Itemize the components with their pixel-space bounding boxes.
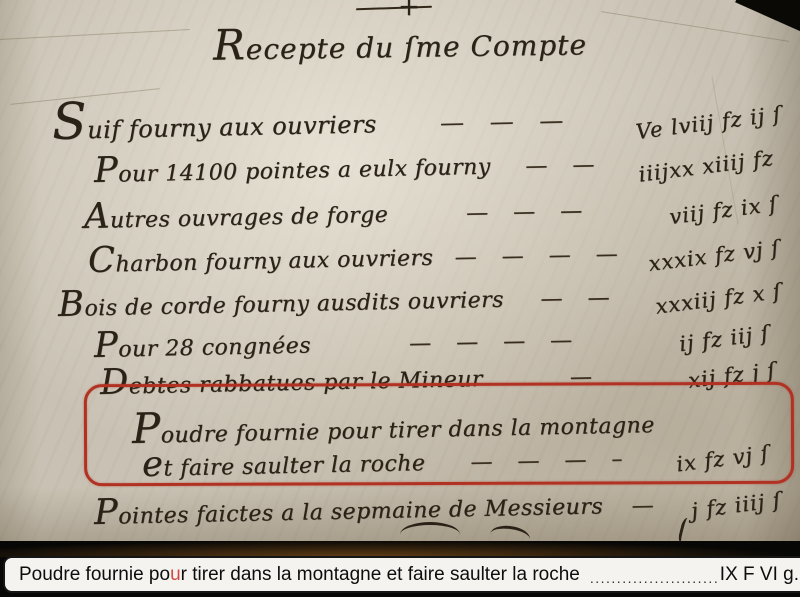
line-text: Suif fourny aux ouvriers — [51, 85, 377, 151]
dash-leader: — — — [504, 284, 656, 312]
line-text: Charbon fourny aux ouvriers — [88, 233, 434, 281]
partial-line-strokes — [380, 516, 760, 541]
page-title: Recepte du ſme Compte — [200, 15, 601, 70]
caption-dot-leader: ........................................… — [580, 564, 718, 586]
caption-text: Poudre fournie pour tirer dans la montag… — [19, 564, 580, 586]
dash-leader: — — — — — [433, 241, 648, 270]
line-text: Pour 14100 pointes a eulx fourny — [94, 142, 491, 191]
line-amount: viij fz ix ſ — [668, 192, 779, 229]
caption-text-before: Poudre fournie po — [19, 564, 170, 585]
caption-text-after: r tirer dans la montagne et faire saulte… — [181, 564, 580, 585]
line-amount: iiijxx xiiij fz — [637, 146, 775, 187]
caption-bar: Poudre fournie pour tirer dans la montag… — [3, 556, 800, 593]
page-corner-shadow — [735, 0, 800, 37]
photo-edge-glow — [0, 540, 800, 557]
dash-leader: — — — [490, 152, 638, 180]
caption-amount: IX F VI g. — [718, 564, 799, 586]
red-highlight-box — [84, 382, 794, 486]
parchment-page: + Recepte du ſme Compte Suif fourny aux … — [0, 0, 800, 541]
line-text: Autres ouvrages de forge — [84, 190, 389, 237]
dash-leader: — — — — [376, 105, 635, 138]
dash-leader: — — — — [388, 197, 669, 228]
manuscript-photo: + Recepte du ſme Compte Suif fourny aux … — [0, 0, 800, 597]
top-ink-stroke — [356, 6, 432, 11]
crease-line — [0, 29, 190, 40]
crease-line — [601, 11, 789, 42]
caption-red-letter: u — [170, 564, 181, 585]
